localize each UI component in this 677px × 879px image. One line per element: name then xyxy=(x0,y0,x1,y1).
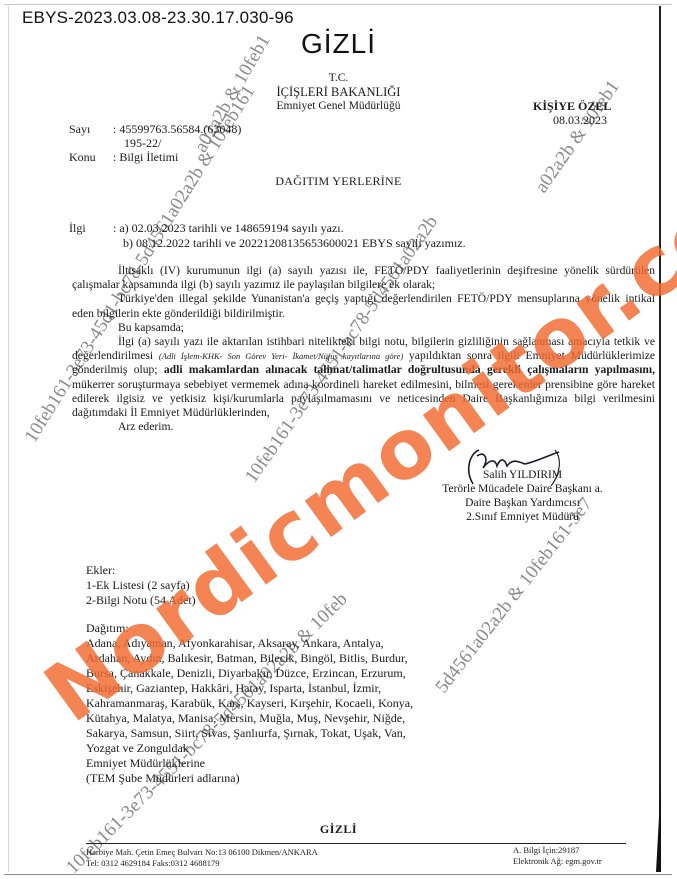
attachments-block: Ekler: 1-Ek Listesi (2 sayfa) 2-Bilgi No… xyxy=(86,563,196,608)
attachment-item: 2-Bilgi Notu (54 Adet) xyxy=(86,593,196,608)
scan-edge-right xyxy=(659,6,661,872)
body-paragraph-1: İltisaklı (IV) kurumunun ilgi (a) sayılı… xyxy=(72,264,655,292)
classification-top: GİZLİ xyxy=(0,28,677,60)
footer-contact-block: A. Bilgi İçin:29187 Elektronik Ağ: egm.g… xyxy=(513,845,602,867)
attachment-item: 1-Ek Listesi (2 sayfa) xyxy=(86,578,196,593)
body-p4-emphasis: adli makamlardan alınacak talimat/talima… xyxy=(164,363,655,376)
distribution-label: Dağıtım: xyxy=(86,621,426,636)
konu-value: : Bilgi İletimi xyxy=(113,150,178,164)
body-paragraph-2: Türkiye'den illegal şekilde Yunanistan'a… xyxy=(72,292,655,320)
ilgi-label: İlgi xyxy=(69,221,113,236)
konu-row: Konu: Bilgi İletimi xyxy=(69,150,178,164)
body-paragraph-4: İlgi (a) sayılı yazı ile aktarılan istih… xyxy=(72,335,655,420)
footer-network: Elektronik Ağ: egm.gov.tr xyxy=(513,856,602,867)
ilgi-a: : a) 02.03.2023 tarihli ve 148659194 say… xyxy=(113,221,344,235)
distribution-block: Dağıtım: Adana, Adıyaman, Afyonkarahisar… xyxy=(86,621,426,786)
footer-phone: Tel: 0312 4629184 Faks:0312 4688179 xyxy=(86,858,318,869)
ebys-document-id: EBYS-2023.03.08-23.30.17.030-96 xyxy=(22,8,294,28)
body-p4-end: mükerrer soruşturmaya sebebiyet vermemek… xyxy=(72,378,655,419)
letter-body: İltisaklı (IV) kurumunun ilgi (a) sayılı… xyxy=(72,264,655,434)
body-paragraph-3: Bu kapsamda; xyxy=(72,321,655,335)
footer-info: A. Bilgi İçin:29187 xyxy=(513,845,602,856)
footer-divider xyxy=(86,843,626,844)
signer-title-2: Daire Başkan Yardımcısı xyxy=(420,496,625,510)
letterhead-tc: T.C. xyxy=(0,71,677,85)
closing-line: Arz ederim. xyxy=(72,420,655,434)
konu-label: Konu xyxy=(69,150,113,164)
footer-address-block: Harbiye Mah. Çetin Emeç Bulvarı No:13 06… xyxy=(86,847,318,869)
ilgi-block: İlgi: a) 02.03.2023 tarihli ve 148659194… xyxy=(69,221,466,251)
personal-marking: KİŞİYE ÖZEL xyxy=(533,99,611,114)
ilgi-b: b) 08.12.2022 tarihli ve 202212081356536… xyxy=(69,236,466,251)
sayi-value-line2: 195-22/ xyxy=(124,136,161,150)
footer-address: Harbiye Mah. Çetin Emeç Bulvarı No:13 06… xyxy=(86,847,318,858)
distribution-suffix-2: (TEM Şube Müdürleri adlarına) xyxy=(86,771,426,786)
distribution-cities: Adana, Adıyaman, Afyonkarahisar, Aksaray… xyxy=(86,636,426,756)
letterhead-ministry: İÇİŞLERİ BAKANLIĞI xyxy=(0,85,677,99)
signer-title-3: 2.Sınıf Emniyet Müdürü xyxy=(420,510,625,524)
distribution-suffix-1: Emniyet Müdürlüklerine xyxy=(86,756,426,771)
sayi-row: Sayı: 45599763.56584.(63048) xyxy=(69,122,241,136)
recipient-heading: DAĞITIM YERLERİNE xyxy=(0,174,677,189)
attachments-label: Ekler: xyxy=(86,563,196,578)
sayi-label: Sayı xyxy=(69,122,113,136)
signer-title-1: Terörle Mücadele Daire Başkanı a. xyxy=(420,482,625,496)
document-date: 08.03.2023 xyxy=(553,113,607,128)
scan-edge-left xyxy=(8,6,9,872)
sayi-value: : 45599763.56584.(63048) xyxy=(113,122,241,136)
signer-name: Salih YILDIRIM xyxy=(420,468,625,482)
classification-bottom: GİZLİ xyxy=(0,822,677,837)
signature-block: Salih YILDIRIM Terörle Mücadele Daire Ba… xyxy=(420,468,625,524)
body-p4-italic-note: (Adli İşlem-KHK- Son Görev Yeri- İkamet/… xyxy=(159,351,403,361)
